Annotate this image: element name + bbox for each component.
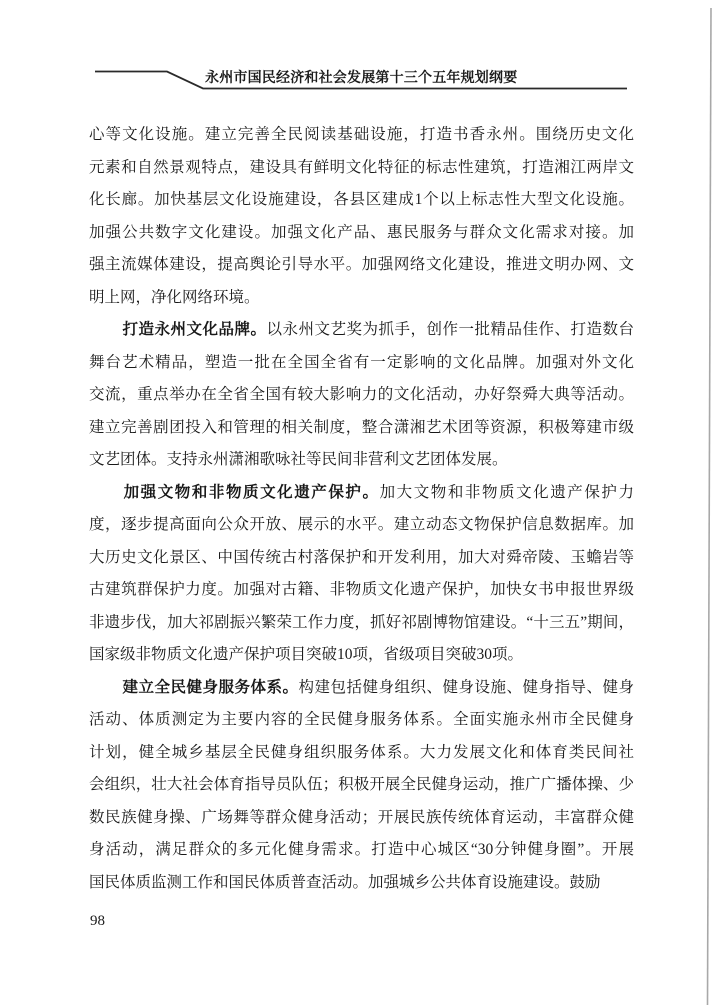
text-line: 建立全民健身服务体系。构建包括健身组织、健身设施、健身指导、健身 [89, 672, 634, 705]
text-line: 活动、体质测定为主要内容的全民健身服务体系。全面实施永州市全民健身 [89, 704, 634, 737]
page-number: 98 [90, 913, 105, 930]
text-line: 国家级非物质文化遗产保护项目突破10项，省级项目突破30项。 [89, 639, 634, 672]
text-line: 心等文化设施。建立完善全民阅读基础设施，打造书香永州。围绕历史文化 [89, 119, 634, 152]
text-line: 国民体质监测工作和国民体质普查活动。加强城乡公共体育设施建设。鼓励 [89, 867, 634, 900]
paragraph-lead: 建立全民健身服务体系。 [122, 679, 299, 696]
text-line: 强主流媒体建设，提高舆论引导水平。加强网络文化建设，推进文明办网、文 [89, 249, 634, 282]
running-header-title: 永州市国民经济和社会发展第十三个五年规划纲要 [205, 67, 635, 87]
text-line: 元素和自然景观特点，建设具有鲜明文化特征的标志性建筑，打造湘江两岸文 [89, 152, 634, 185]
paragraph-lead: 打造永州文化品牌。 [122, 321, 267, 338]
text-line: 会组织，壮大社会体育指导员队伍；积极开展全民健身运动，推广广播体操、少 [89, 769, 634, 802]
text-line: 舞台艺术精品，塑造一批在全国全省有一定影响的文化品牌。加强对外文化 [89, 347, 634, 380]
scan-edge-line [708, 8, 712, 1005]
paragraph-indent [89, 496, 122, 497]
text-line: 度，逐步提高面向公众开放、展示的水平。建立动态文物保护信息数据库。加 [89, 509, 634, 542]
text-line: 古建筑群保护力度。加强对古籍、非物质文化遗产保护，加快女书申报世界级 [89, 574, 634, 607]
text-line: 身活动，满足群众的多元化健身需求。打造中心城区“30分钟健身圈”。开展 [89, 834, 634, 867]
paragraph-lead: 加强文物和非物质文化遗产保护。 [122, 484, 380, 501]
paragraph-indent [89, 691, 122, 692]
text-line: 加强文物和非物质文化遗产保护。加大文物和非物质文化遗产保护力 [89, 477, 634, 510]
text-line: 化长廊。加快基层文化设施建设，各县区建成1个以上标志性大型文化设施。 [89, 184, 634, 217]
text-line: 明上网，净化网络环境。 [89, 282, 634, 315]
text-line: 计划，健全城乡基层全民健身组织服务体系。大力发展文化和体育类民间社 [89, 737, 634, 770]
paragraph-indent [89, 333, 122, 334]
text-line: 交流，重点举办在全省全国有较大影响力的文化活动，办好祭舜大典等活动。 [89, 379, 634, 412]
text-line: 数民族健身操、广场舞等群众健身活动；开展民族传统体育运动，丰富群众健 [89, 802, 634, 835]
text-line: 文艺团体。支持永州潇湘歌咏社等民间非营利文艺团体发展。 [89, 444, 634, 477]
text-line: 非遗步伐，加大祁剧振兴繁荣工作力度，抓好祁剧博物馆建设。“十三五”期间， [89, 607, 634, 640]
document-page: 永州市国民经济和社会发展第十三个五年规划纲要 心等文化设施。建立完善全民阅读基础… [0, 0, 721, 1005]
text-line: 打造永州文化品牌。以永州文艺奖为抓手，创作一批精品佳作、打造数台 [89, 314, 634, 347]
text-line: 加强公共数字文化建设。加强文化产品、惠民服务与群众文化需求对接。加 [89, 217, 634, 250]
text-line: 大历史文化景区、中国传统古村落保护和开发利用，加大对舜帝陵、玉蟾岩等 [89, 542, 634, 575]
text-line: 建立完善剧团投入和管理的相关制度，整合潇湘艺术团等资源，积极筹建市级 [89, 412, 634, 445]
document-body: 心等文化设施。建立完善全民阅读基础设施，打造书香永州。围绕历史文化元素和自然景观… [89, 119, 634, 899]
